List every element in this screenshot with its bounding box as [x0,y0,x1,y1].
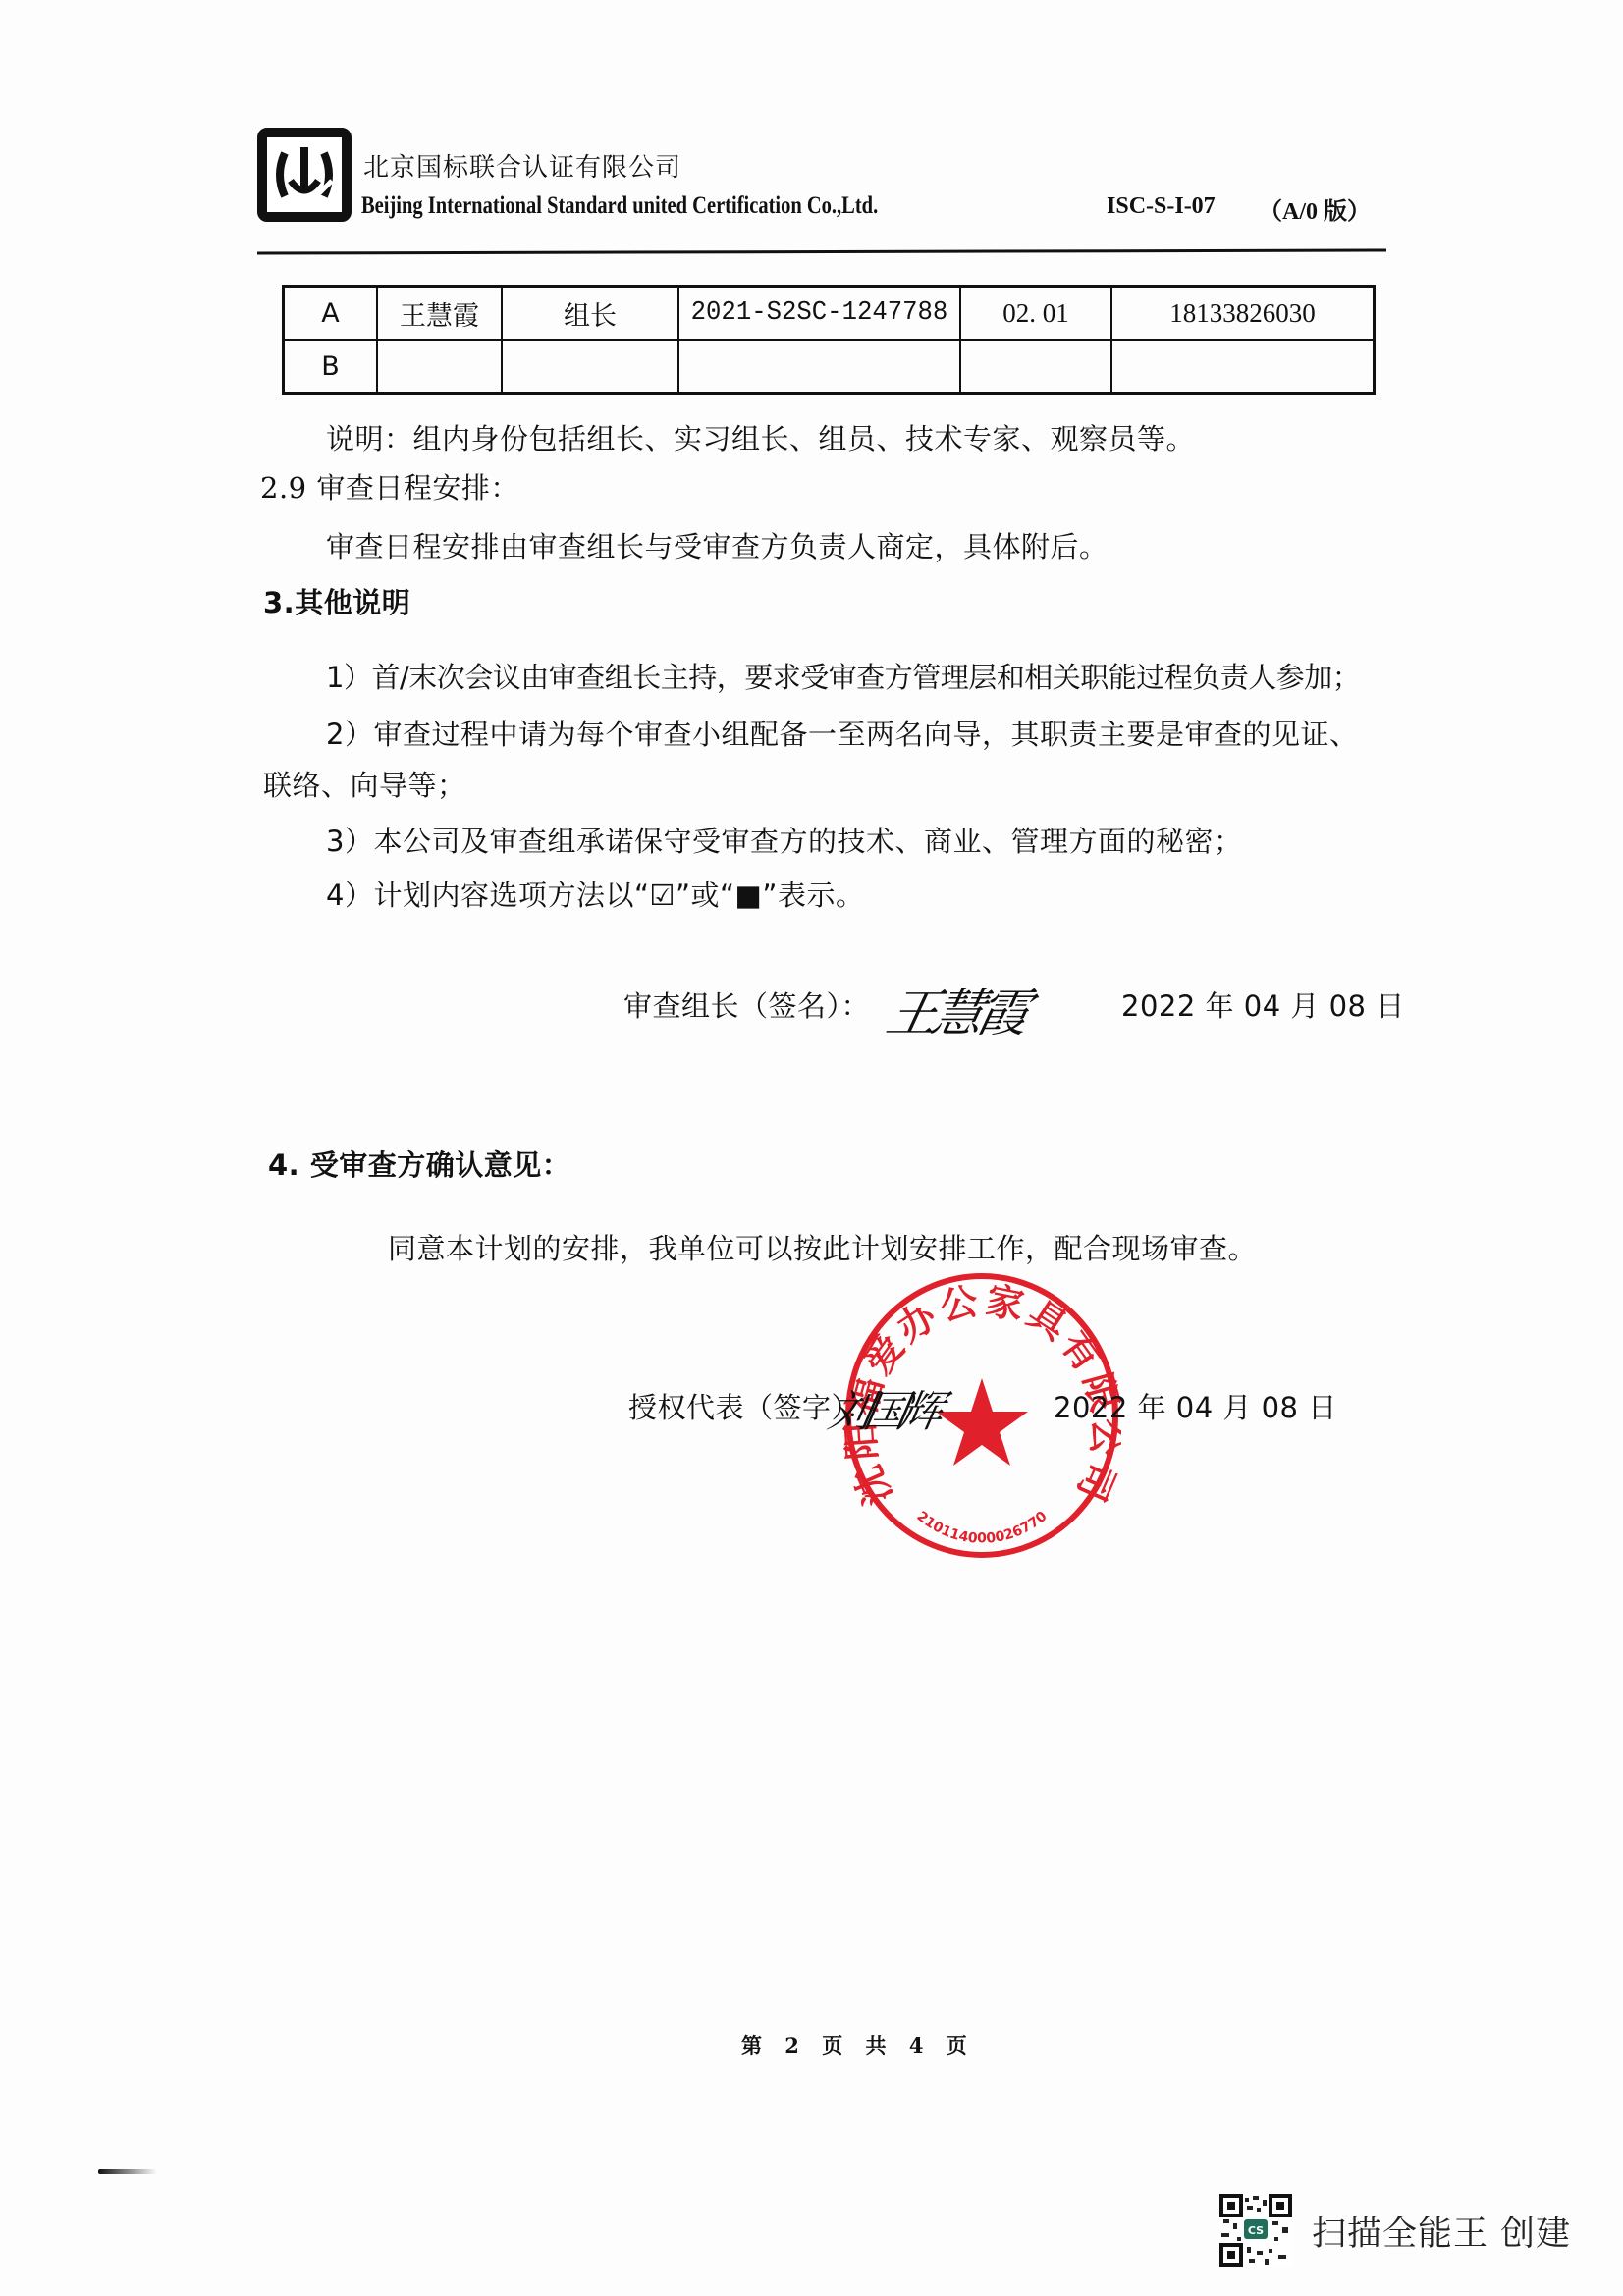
cell-role [502,340,678,394]
scanner-watermark: 扫描全能王 创建 [1312,2207,1571,2256]
cell-role: 组长 [502,287,678,341]
rep-signature: 刘国辉 [824,1376,941,1439]
leader-signoff-date: 2022 年 04 月 08 日 [1121,985,1405,1025]
cell-phone [1111,340,1375,394]
schedule-text: 审查日程安排由审查组长与受审查方负责人商定，具体附后。 [326,525,1109,565]
cell-cert-no: 2021-S2SC-1247788 [685,287,953,341]
section-3-heading: 3.其他说明 [263,581,410,621]
table-row: B [284,340,1375,394]
cell-phone: 18133826030 [1111,287,1375,341]
other-note-item: 联络、向导等； [263,764,466,804]
other-note-item: 1）首/末次会议由审查组长主持，要求受审查方管理层和相关职能过程负责人参加； [326,656,1360,696]
seal-star-icon [936,1378,1028,1466]
page-indicator: 第 2 页 共 4 页 [741,2030,975,2059]
rep-signoff-date: 2022 年 04 月 08 日 [1054,1386,1337,1426]
scan-edge-mark [98,2169,157,2174]
leader-signature-label: 审查组长（签名）： [623,985,870,1025]
cell-name: 王慧霞 [377,287,502,341]
cell-group: A [284,287,378,341]
auditee-statement: 同意本计划的安排，我单位可以按此计划安排工作，配合现场审查。 [388,1227,1257,1267]
cell-code [960,340,1111,394]
cell-group: B [284,340,378,394]
company-name-cn: 北京国标联合认证有限公司 [363,147,681,184]
qr-code-icon: CS [1219,2194,1292,2267]
leader-signature: 王慧霞 [881,972,1032,1045]
other-note-item: 3）本公司及审查组承诺保守受审查方的技术、商业、管理方面的秘密； [326,820,1242,860]
schedule-heading: 2.9 审查日程安排： [260,466,519,507]
team-role-note: 说明：组内身份包括组长、实习组长、组员、技术专家、观察员等。 [326,417,1195,457]
section-4-heading: 4. 受审查方确认意见： [268,1144,570,1184]
company-name-en: Beijing International Standard united Ce… [361,192,878,220]
document-code: ISC-S-I-07 [1107,193,1216,220]
svg-text:210114000026770: 210114000026770 [914,1509,1051,1547]
cell-name [377,340,502,394]
other-note-item: 2）审查过程中请为每个审查小组配备一至两名向导，其职责主要是审查的见证、 [326,713,1358,753]
table-row: A 王慧霞 组长 2021-S2SC-1247788 02. 01 181338… [284,287,1375,341]
other-note-item: 4）计划内容选项方法以“☑”或“■”表示。 [326,874,864,914]
cell-code: 02. 01 [960,287,1111,341]
cell-cert-no [685,340,953,394]
header-divider [257,248,1386,254]
document-version: （A/0 版） [1259,191,1371,226]
svg-text:CS: CS [1248,2224,1264,2237]
company-logo [257,128,352,222]
logo-mark-icon [271,141,338,208]
audit-team-table: A 王慧霞 组长 2021-S2SC-1247788 02. 01 181338… [282,285,1376,395]
